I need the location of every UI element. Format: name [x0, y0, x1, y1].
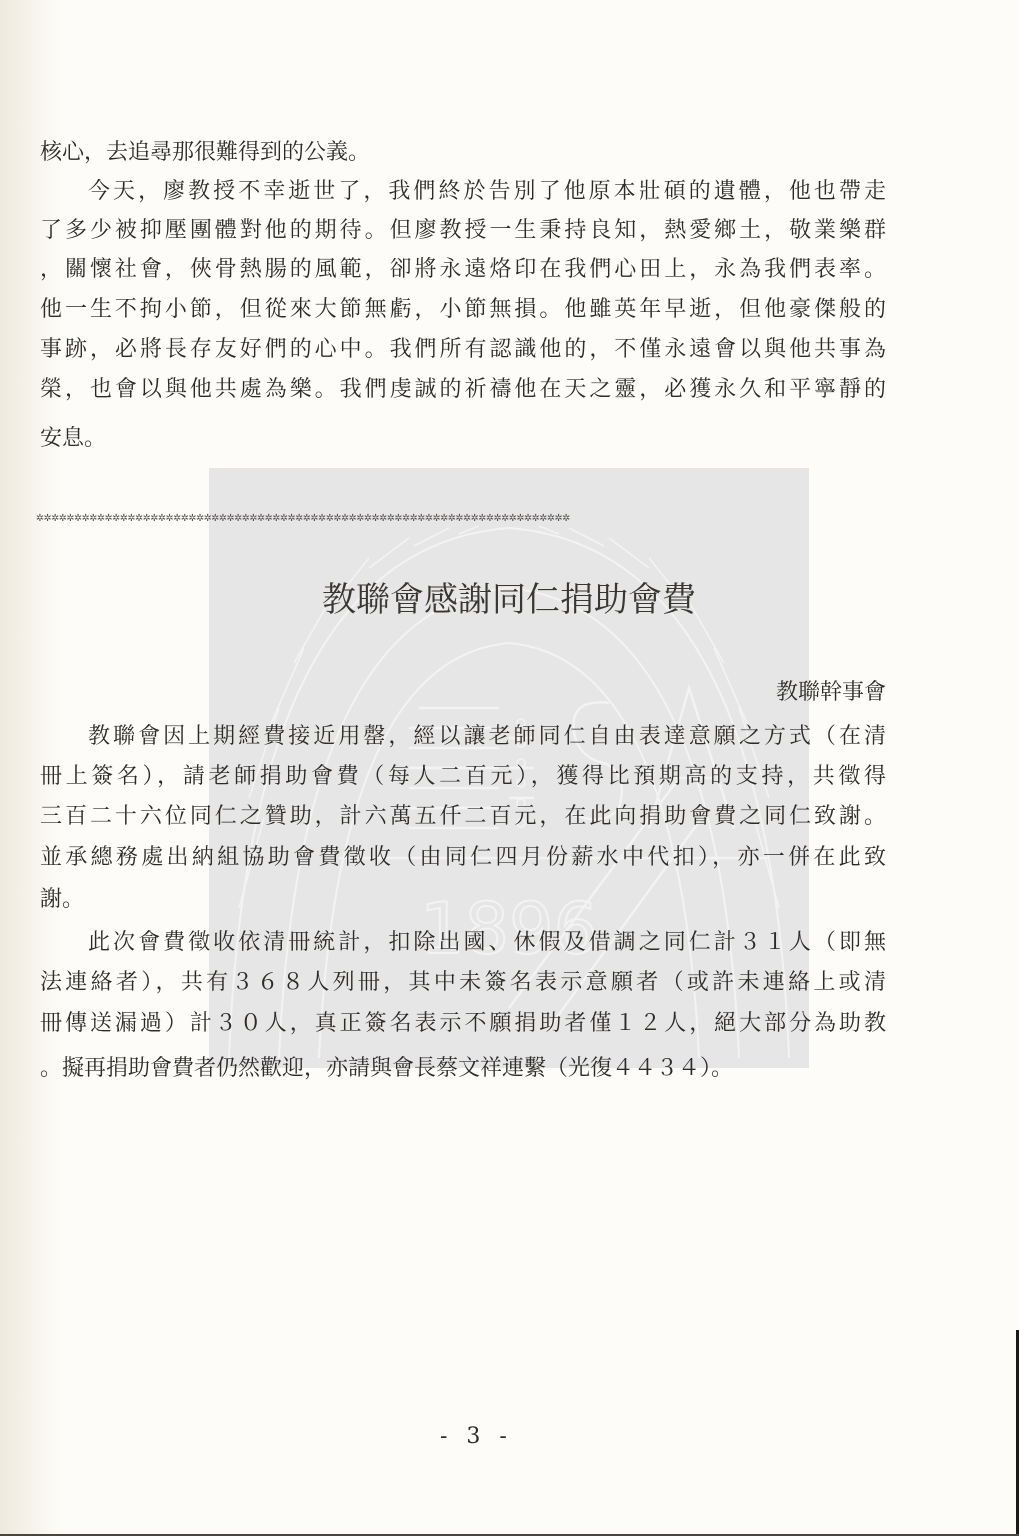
paragraph-1-line-3: 三百二十六位同仁之贊助，計六萬五仟二百元，在此向捐助會費之同仁致謝。 [40, 802, 886, 832]
paragraph-2-line-1: 此次會費徵收依清冊統計，扣除出國、休假及借調之同仁計３１人（即無 [88, 928, 886, 958]
eulogy-line-5: 他一生不拘小節，但從來大節無虧，小節無損。他雖英年早逝，但他豪傑般的 [40, 295, 886, 325]
paragraph-2-line-3: 冊傳送漏過）計３０人，真正簽名表示不願捐助者僅１２人，絕大部分為助教 [40, 1009, 886, 1039]
paragraph-2-line-4: 。擬再捐助會費者仍然歡迎，亦請與會長蔡文祥連繫（光復４４３４）。 [40, 1054, 886, 1084]
eulogy-line-1: 核心，去追尋那很難得到的公義。 [40, 138, 886, 168]
paragraph-2-line-2: 法連絡者），共有３６８人列冊，其中未簽名表示意願者（或許未連絡上或清 [40, 968, 886, 998]
eulogy-line-7: 榮，也會以與他共處為樂。我們虔誠的祈禱他在天之靈，必獲永久和平寧靜的 [40, 375, 886, 405]
paragraph-1-line-5: 謝。 [40, 885, 886, 915]
eulogy-line-4: ，關懷社會，俠骨熱腸的風範，卻將永遠烙印在我們心田上，永為我們表率。 [40, 255, 886, 285]
asterisk-divider: ✲✲✲✲✲✲✲✲✲✲✲✲✲✲✲✲✲✲✲✲✲✲✲✲✲✲✲✲✲✲✲✲✲✲✲✲✲✲✲✲… [36, 508, 888, 528]
paragraph-1-line-1: 教聯會因上期經費接近用罄，經以讓老師同仁自由表達意願之方式（在清 [88, 722, 886, 752]
paragraph-1-line-4: 並承總務處出納組協助會費徵收（由同仁四月份薪水中代扣），亦一併在此致 [40, 843, 886, 873]
notice-author: 教聯幹事會 [776, 678, 886, 708]
notice-title: 教聯會感謝同仁捐助會費 [209, 578, 809, 622]
eulogy-line-2: 今天，廖教授不幸逝世了，我們終於告別了他原本壯碩的遺體，他也帶走 [88, 177, 886, 207]
eulogy-line-3: 了多少被抑壓團體對他的期待。但廖教授一生秉持良知，熱愛鄉土，敬業樂群 [40, 216, 886, 246]
eulogy-line-6: 事跡，必將長存友好們的心中。我們所有認識他的，不僅永遠會以與他共事為 [40, 335, 886, 365]
paragraph-1-line-2: 冊上簽名），請老師捐助會費（每人二百元），獲得比預期高的支持，共徵得 [40, 762, 886, 792]
page-number: - 3 - [440, 1422, 513, 1452]
eulogy-line-8: 安息。 [40, 424, 886, 454]
